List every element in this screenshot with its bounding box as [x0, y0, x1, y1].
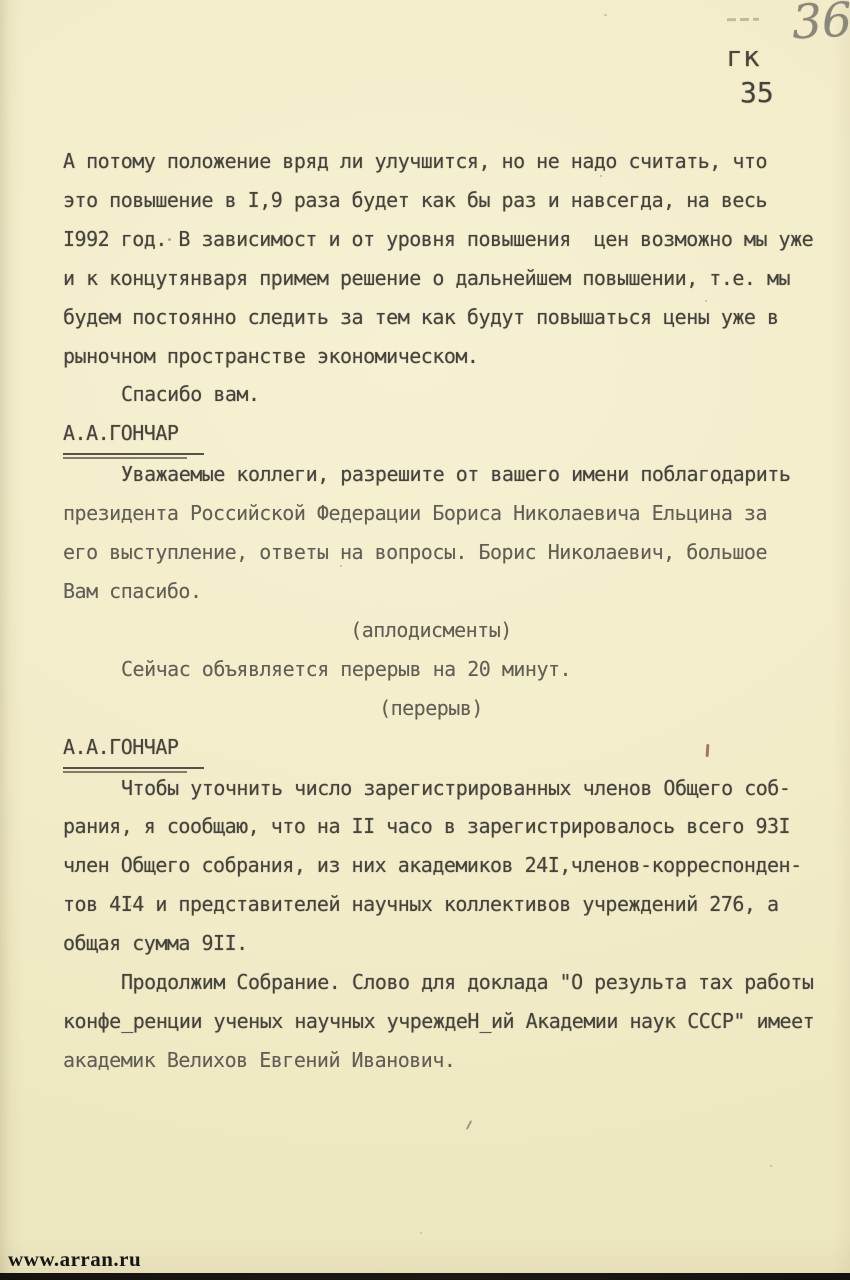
document-line: будем постоянно следить за тем как будут… [63, 298, 799, 337]
paper-speck [168, 238, 171, 241]
paper-speck [705, 300, 707, 302]
document-line: академик Велихов Евгений Иванович. [63, 1041, 799, 1080]
document-line: Спасибо вам. [63, 375, 799, 414]
typed-page-number: 35 [740, 76, 774, 109]
paper-speck [600, 175, 602, 177]
speaker-heading: А.А.ГОНЧАР [63, 414, 204, 455]
paper-speck [130, 905, 132, 907]
document-line: президента Российской Федерации Бориса Н… [63, 494, 799, 533]
paper-speck [340, 565, 342, 567]
stray-pencil-tick [466, 1120, 472, 1130]
document-line: А потому положение вряд ли улучшится, но… [63, 142, 799, 181]
document-line: Сейчас объявляется перерыв на 20 минут. [63, 650, 799, 689]
typed-header-mark: гк [726, 40, 760, 73]
document-line: конфе̲ренции ученых научных учреждеН̲ий … [63, 1002, 799, 1041]
paper-speck [420, 1232, 422, 1234]
document-line: (аплодисменты) [63, 611, 799, 650]
handwritten-page-number: 36 [791, 0, 850, 51]
document-line: рания, я сообщаю, что на II часо в зарег… [63, 807, 799, 846]
document-body: А потому положение вряд ли улучшится, но… [63, 142, 799, 1080]
document-line: и к концутянваря примем решение о дальне… [63, 259, 799, 298]
scanned-document-page: 36 гк 35 А потому положение вряд ли улуч… [0, 0, 850, 1280]
document-line: общая сумма 9II. [63, 924, 799, 963]
document-line: (перерыв) [63, 689, 799, 728]
document-line: рыночном пространстве экономическом. [63, 337, 799, 376]
document-line: I992 год. В зависимост и от уровня повыш… [63, 220, 799, 259]
paper-speck [770, 1165, 772, 1167]
paper-speck [604, 14, 607, 16]
document-line: тов 4I4 и представителей научных коллект… [63, 885, 799, 924]
document-line: Продолжим Собрание. Слово для доклада "О… [63, 963, 799, 1002]
pencil-dash-mark [727, 18, 759, 22]
document-line: член Общего собрания, из них академиков … [63, 846, 799, 885]
archive-watermark: www.arran.ru [8, 1247, 141, 1272]
speaker-heading: А.А.ГОНЧАР [63, 728, 204, 769]
document-line: это повышение в I,9 раза будет как бы ра… [63, 181, 799, 220]
document-line: Уважаемые коллеги, разрешите от вашего и… [63, 455, 799, 494]
document-line: Вам спасибо. [63, 572, 799, 611]
document-line: Чтобы уточнить число зарегистрированных … [63, 769, 799, 808]
document-line: его выступление, ответы на вопросы. Бори… [63, 533, 799, 572]
scan-edge-bar [0, 1273, 850, 1280]
